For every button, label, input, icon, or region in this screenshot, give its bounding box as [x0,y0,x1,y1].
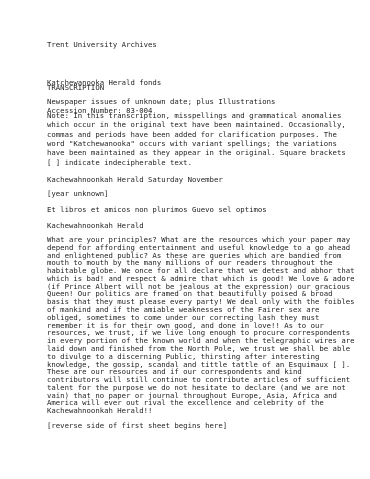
transcription-heading: TRANSCRIPTION [47,83,104,92]
issue-title-date-line: Kachewahnoonkah Herald Saturday November [47,175,223,184]
reverse-side-note: [reverse side of first sheet begins here… [47,421,227,430]
motto-line: Et libros et amicos non plurimos Guevo s… [47,205,267,214]
transcription-page: Trent University Archives Katchewanooka … [0,0,370,479]
year-unknown-note: [year unknown] [47,189,109,198]
content-description: Newspaper issues of unknown date; plus I… [47,97,275,106]
editorial-body: What are your principles? What are the r… [47,236,355,415]
transcription-note: Note: In this transcription, misspelling… [47,111,346,167]
issue-title: Kachewahnoonkah Herald [47,221,144,230]
archive-name: Trent University Archives [47,40,157,49]
